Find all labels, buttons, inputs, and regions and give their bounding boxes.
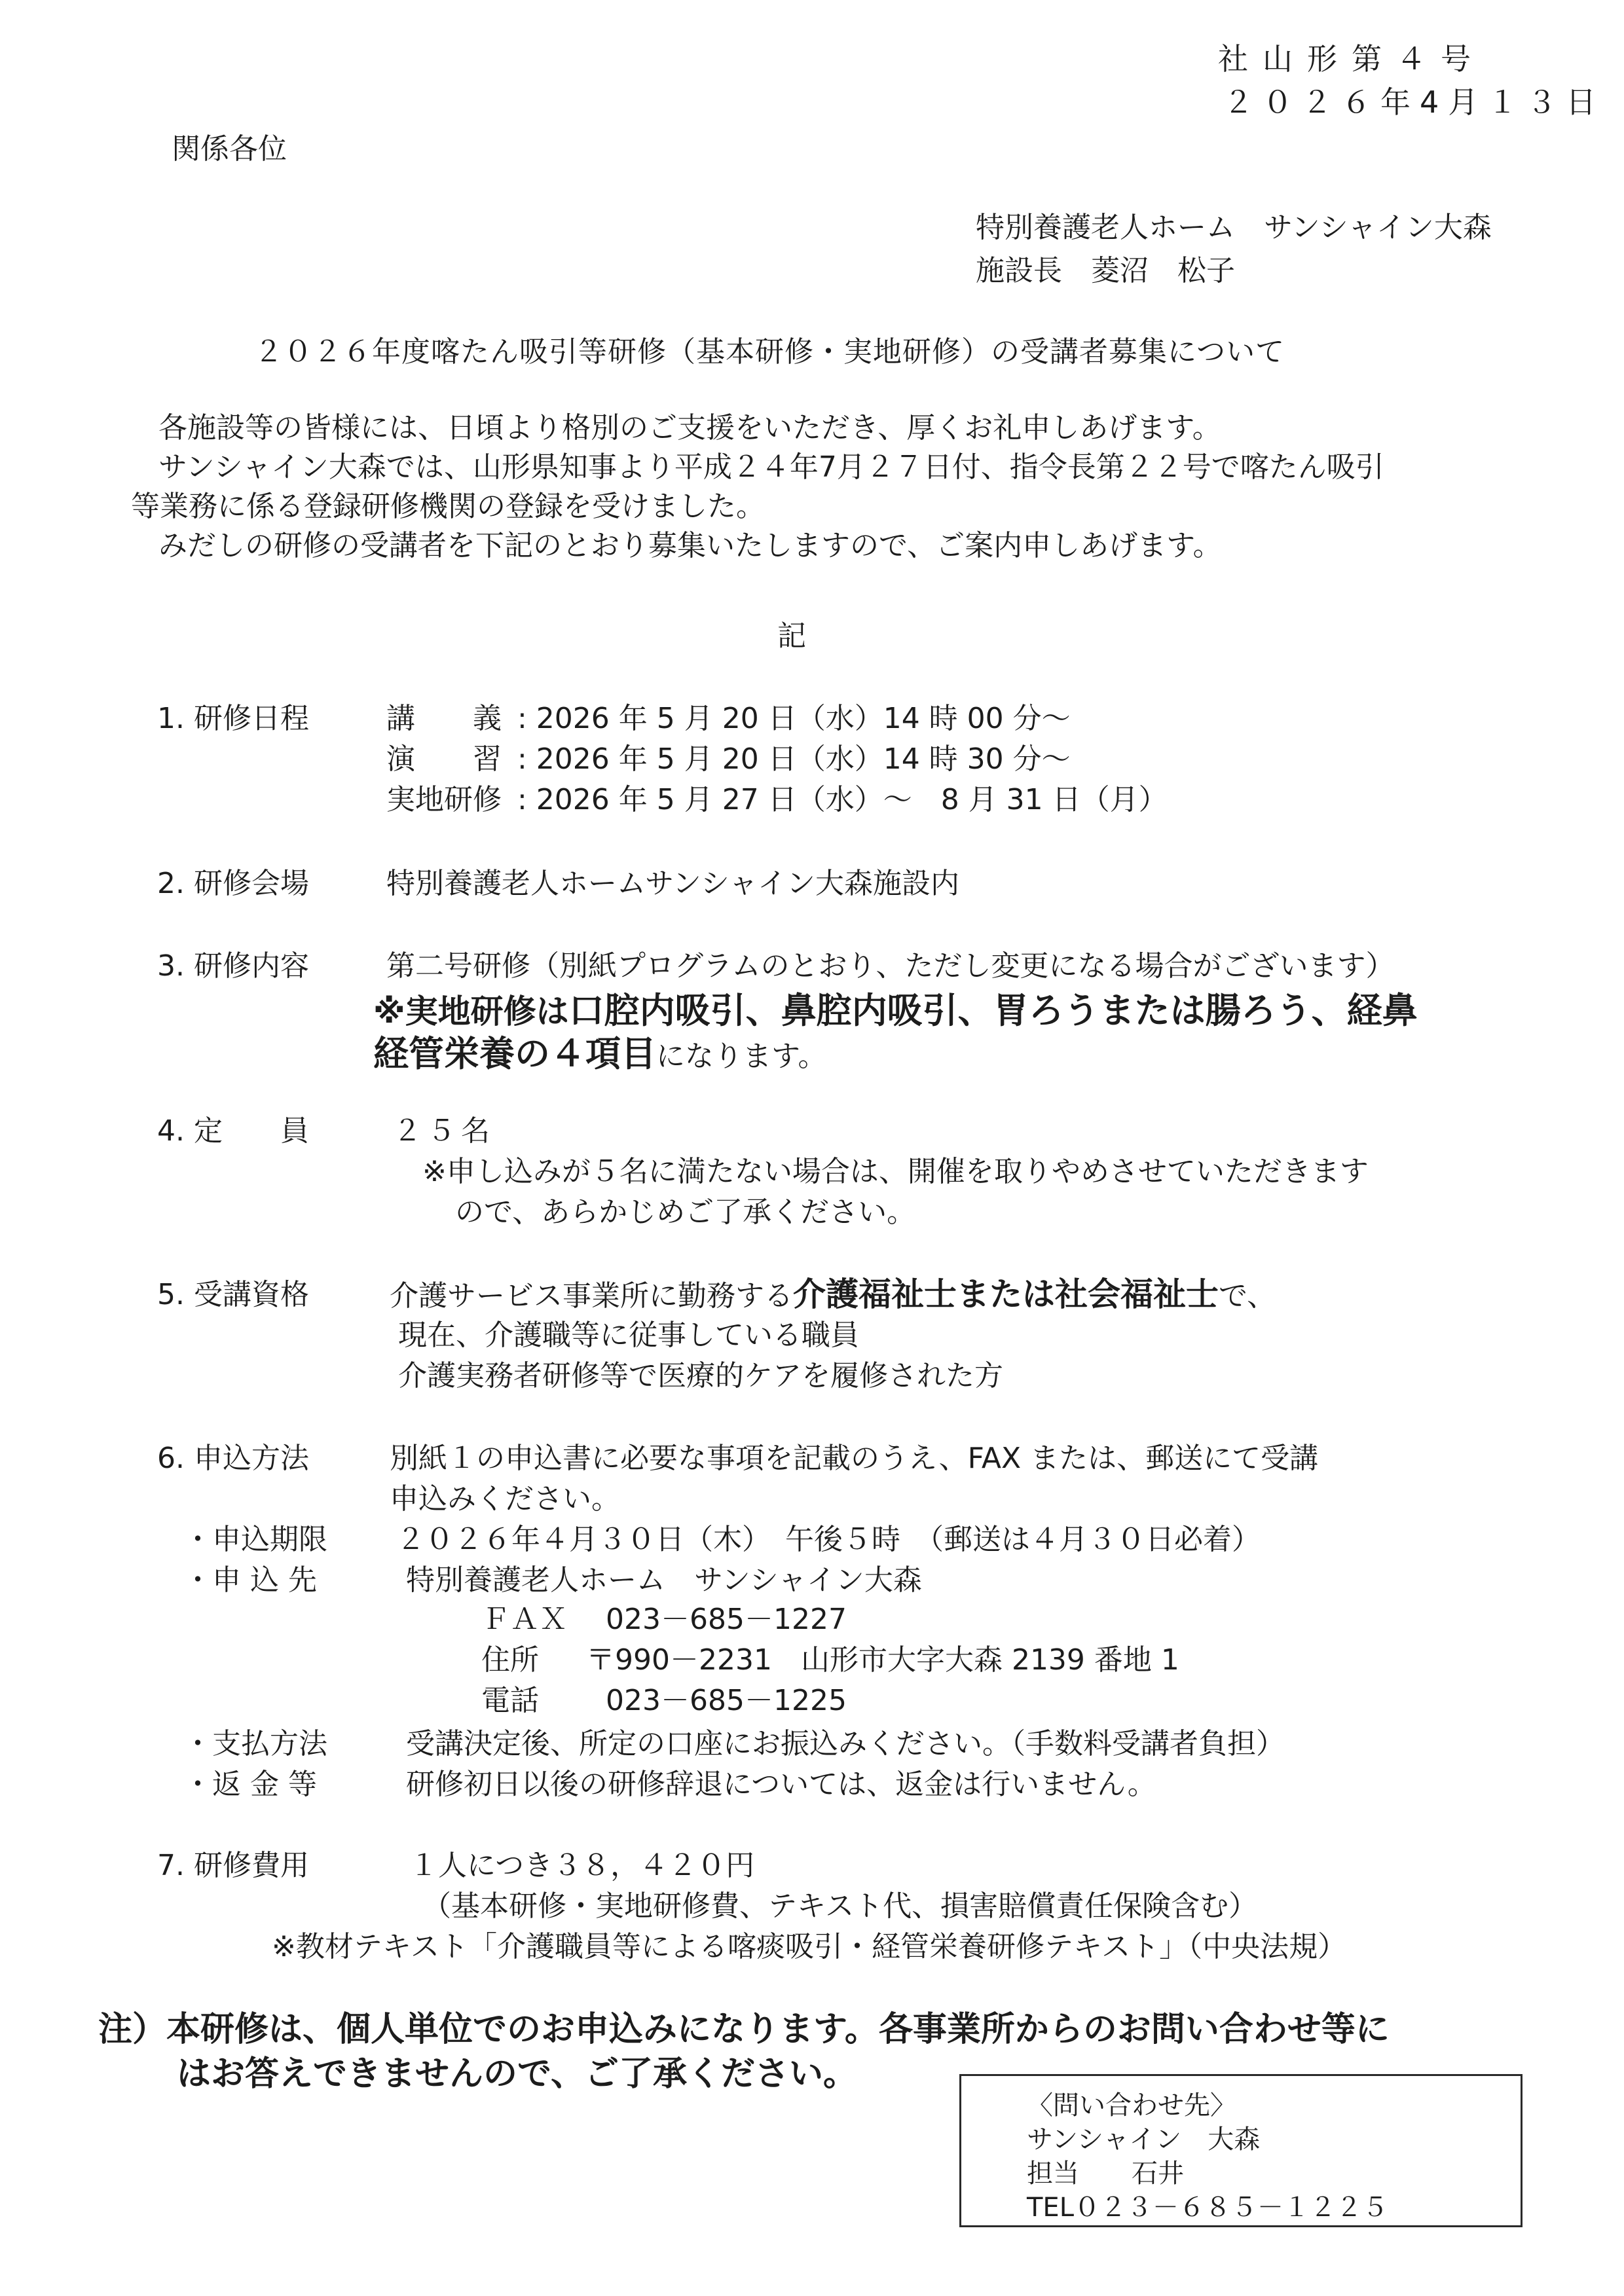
section-6-label: 6. 申込方法 — [157, 1440, 309, 1476]
application-line-2: 申込みください。 — [390, 1481, 620, 1517]
content-note-line-1: ※実地研修は口腔内吸引、鼻腔内吸引、胃ろうまたは腸ろう、経鼻 — [373, 989, 1418, 1033]
capacity-note-1: ※申し込みが５名に満たない場合は、開催を取りやめさせていただきます — [422, 1154, 1369, 1190]
section-2-label: 2. 研修会場 — [157, 866, 309, 902]
content-note-bold: 口腔内吸引、鼻腔内吸引、胃ろうまたは腸ろう、経鼻 — [569, 990, 1418, 1031]
section-4-label: 4. 定 員 — [157, 1113, 309, 1149]
phone-value: 023－685－1225 — [606, 1683, 847, 1719]
intro-line-4: みだしの研修の受講者を下記のとおり募集いたしますので、ご案内申しあげます。 — [158, 528, 1222, 564]
eligibility-line-1: 介護サービス事業所に勤務する介護福祉士または社会福祉士で、 — [390, 1274, 1276, 1315]
capacity-value: ２５名 — [393, 1113, 495, 1149]
fax-value: 023－685－1227 — [606, 1601, 847, 1637]
destination-value: 特別養護老人ホーム サンシャイン大森 — [406, 1562, 922, 1598]
eligibility-line-3: 介護実務者研修等で医療的ケアを履修された方 — [398, 1358, 1003, 1394]
schedule-key: 実地研修 — [386, 782, 517, 818]
schedule-key: 講 義 — [386, 701, 517, 737]
contact-organization: サンシャイン 大森 — [1027, 2123, 1260, 2156]
phone-label: 電話 — [481, 1683, 539, 1719]
schedule-value: : 2026 年 5 月 27 日（水）～ 8 月 31 日（月） — [517, 783, 1168, 816]
intro-line-1: 各施設等の皆様には、日頃より格別のご支援をいただき、厚くお礼申しあげます。 — [158, 410, 1221, 446]
content-note-bold-2: 経管栄養の４項目 — [373, 1033, 656, 1074]
sender-name: 施設長 菱沼 松子 — [976, 253, 1235, 289]
venue-value: 特別養護老人ホームサンシャイン大森施設内 — [386, 866, 959, 902]
content-note-prefix: ※実地研修は — [373, 993, 569, 1030]
deadline-label: ・申込期限 — [183, 1522, 327, 1558]
content-value: 第二号研修（別紙プログラムのとおり、ただし変更になる場合がございます） — [386, 948, 1395, 984]
contact-phone: TEL０２３－６８５－１２２５ — [1027, 2191, 1388, 2224]
schedule-value: : 2026 年 5 月 20 日（水）14 時 00 分～ — [517, 702, 1071, 735]
schedule-row-lecture: 講 義: 2026 年 5 月 20 日（水）14 時 00 分～ — [386, 701, 1071, 737]
schedule-row-practice: 演 習: 2026 年 5 月 20 日（水）14 時 30 分～ — [386, 741, 1071, 777]
notice-line-1: 注）本研修は、個人単位でのお申込みになります。各事業所からのお問い合わせ等に — [98, 2009, 1390, 2051]
destination-label: ・申 込 先 — [183, 1562, 317, 1598]
ki-heading: 記 — [777, 618, 806, 654]
fee-detail: （基本研修・実地研修費、テキスト代、損害賠償責任保険含む） — [422, 1888, 1257, 1924]
section-3-label: 3. 研修内容 — [157, 948, 309, 984]
intro-line-2: サンシャイン大森では、山形県知事より平成２４年7月２７日付、指令長第２２号で喀た… — [158, 449, 1384, 485]
eligibility-prefix: 介護サービス事業所に勤務する — [390, 1279, 793, 1313]
contact-box: 〈問い合わせ先〉 サンシャイン 大森 担当 石井 TEL０２３－６８５－１２２５ — [959, 2074, 1522, 2227]
section-7-label: 7. 研修費用 — [157, 1848, 309, 1884]
content-note-line-2: 経管栄養の４項目になります。 — [373, 1032, 826, 1076]
deadline-value: ２０２６年４月３０日（木） 午後５時 （郵送は４月３０日必着） — [396, 1522, 1261, 1558]
addressee: 関係各位 — [172, 131, 287, 167]
address-value: 〒990－2231 山形市大字大森 2139 番地 1 — [586, 1642, 1179, 1678]
notice-line-2: はお答えできませんので、ご了承ください。 — [177, 2053, 857, 2096]
refund-value: 研修初日以後の研修辞退については、返金は行いません。 — [406, 1766, 1156, 1802]
eligibility-suffix: で、 — [1219, 1279, 1276, 1313]
capacity-note-2: ので、あらかじめご了承ください。 — [455, 1194, 915, 1230]
payment-label: ・支払方法 — [183, 1726, 327, 1762]
reference-number: 社山形第４号 — [1218, 41, 1485, 79]
fee-value: １人につき３８，４２０円 — [409, 1848, 754, 1884]
sender-organization: 特別養護老人ホーム サンシャイン大森 — [976, 210, 1492, 246]
intro-line-3: 等業務に係る登録研修機関の登録を受けました。 — [131, 488, 765, 524]
eligibility-bold: 介護福祉士または社会福祉士 — [793, 1275, 1219, 1313]
schedule-key: 演 習 — [386, 741, 517, 777]
contact-heading: 〈問い合わせ先〉 — [1027, 2089, 1236, 2122]
contact-person: 担当 石井 — [1027, 2157, 1184, 2190]
fax-label: ＦＡＸ — [481, 1601, 568, 1637]
schedule-row-fieldwork: 実地研修: 2026 年 5 月 27 日（水）～ 8 月 31 日（月） — [386, 782, 1168, 818]
application-line-1: 別紙１の申込書に必要な事項を記載のうえ、FAX または、郵送にて受講 — [390, 1440, 1318, 1476]
section-1-label: 1. 研修日程 — [157, 701, 309, 737]
document-date: ２０２６年4月１３日 — [1223, 84, 1605, 122]
textbook-note: ※教材テキスト「介護職員等による喀痰吸引・経管栄養研修テキスト」（中央法規） — [272, 1929, 1346, 1965]
section-5-label: 5. 受講資格 — [157, 1277, 309, 1313]
content-note-suffix: になります。 — [656, 1040, 826, 1073]
payment-value: 受講決定後、所定の口座にお振込みください。（手数料受講者負担） — [406, 1726, 1285, 1762]
schedule-value: : 2026 年 5 月 20 日（水）14 時 30 分～ — [517, 742, 1071, 776]
refund-label: ・返 金 等 — [183, 1766, 317, 1802]
eligibility-line-2: 現在、介護職等に従事している職員 — [398, 1317, 859, 1353]
address-label: 住所 — [481, 1642, 539, 1678]
document-title: ２０２６年度喀たん吸引等研修（基本研修・実地研修）の受講者募集について — [254, 334, 1285, 370]
